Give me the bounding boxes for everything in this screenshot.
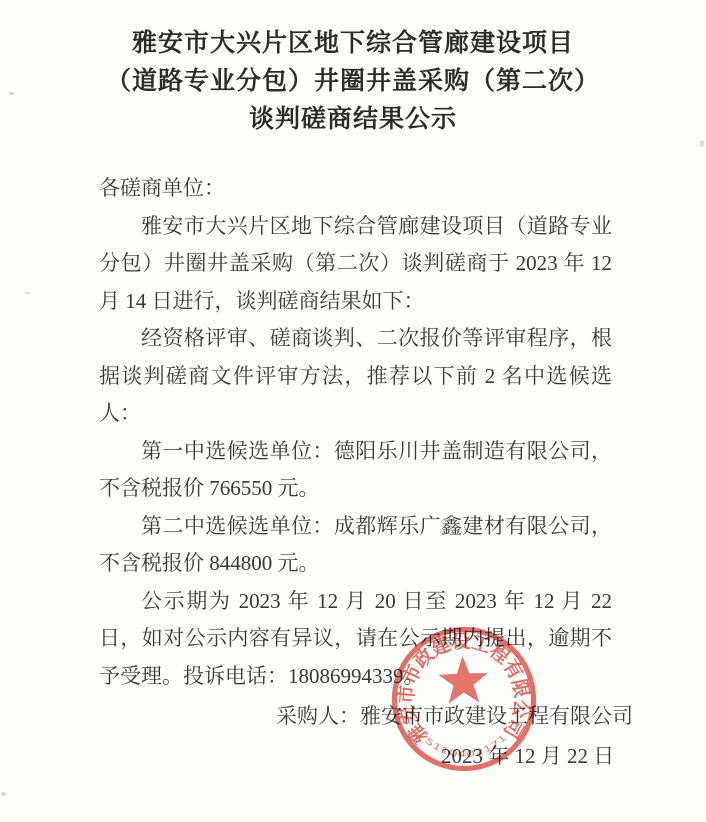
paragraph-first-candidate: 第一中选候选单位：德阳乐川井盖制造有限公司，不含税报价 766550 元。 xyxy=(99,433,612,508)
scan-artifact xyxy=(1,792,6,796)
seal-serial-text: 5110402171 xyxy=(422,732,510,761)
scan-artifact xyxy=(9,92,14,95)
svg-text:5110402171: 5110402171 xyxy=(422,732,510,761)
star-icon xyxy=(438,655,489,704)
salutation: 各磋商单位： xyxy=(99,170,612,208)
paragraph-second-candidate: 第二中选候选单位：成都辉乐广鑫建材有限公司，不含税报价 844800 元。 xyxy=(99,508,612,583)
title-line-1: 雅安市大兴片区地下综合管廊建设项目 xyxy=(50,24,656,62)
document-body: 各磋商单位： 雅安市大兴片区地下综合管廊建设项目（道路专业分包）井圈井盖采购（第… xyxy=(99,170,612,695)
official-seal: 雅安市市政建设工程有限公司 5110402171 xyxy=(385,620,542,777)
paragraph-intro: 雅安市大兴片区地下综合管廊建设项目（道路专业分包）井圈井盖采购（第二次）谈判磋商… xyxy=(99,208,612,321)
title-line-3: 谈判磋商结果公示 xyxy=(50,100,656,138)
paragraph-procedure: 经资格评审、磋商谈判、二次报价等评审程序，根据谈判磋商文件评审方法，推荐以下前 … xyxy=(99,320,612,433)
title-line-2: （道路专业分包）井圈井盖采购（第二次） xyxy=(50,62,656,100)
document-title: 雅安市大兴片区地下综合管廊建设项目 （道路专业分包）井圈井盖采购（第二次） 谈判… xyxy=(50,24,656,138)
scan-artifact xyxy=(24,292,31,294)
scan-artifact xyxy=(700,140,704,147)
notice-page: 雅安市大兴片区地下综合管廊建设项目 （道路专业分包）井圈井盖采购（第二次） 谈判… xyxy=(0,0,706,822)
